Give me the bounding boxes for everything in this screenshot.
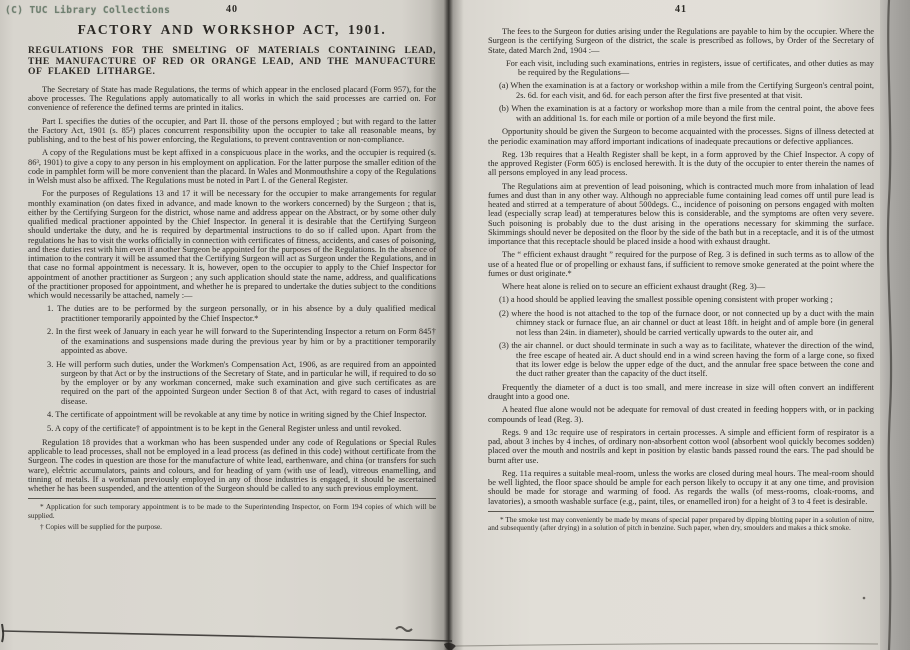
book-scan: 40 FACTORY AND WORKSHOP ACT, 1901. REGUL… [0, 0, 910, 650]
list-item: (a) When the examination is at a factory… [488, 81, 874, 100]
list-item: 5. A copy of the certificate† of appoint… [28, 424, 436, 433]
footnote: * The smoke test may conveniently be mad… [488, 516, 874, 533]
list-item: (3) the air channel. or duct should term… [488, 341, 874, 378]
book-edge [880, 0, 910, 650]
scanned-document: { "scan": { "watermark": "(C) TUC Librar… [0, 0, 910, 650]
paragraph: Reg. 11a requires a suitable meal-room, … [488, 469, 874, 506]
left-page-body: The Secretary of State has made Regulati… [28, 85, 436, 494]
paragraph: Part I. specifies the duties of the occu… [28, 117, 436, 145]
document-title: FACTORY AND WORKSHOP ACT, 1901. [28, 22, 436, 38]
list-item: (1) a hood should be applied leaving the… [488, 295, 874, 304]
paragraph: The Regulations aim at prevention of lea… [488, 182, 874, 247]
footnote: * Application for such temporary appoint… [28, 503, 436, 520]
page-number-right: 41 [488, 0, 874, 15]
paragraph: Regulation 18 provides that a workman wh… [28, 438, 436, 494]
footnote: † Copies will be supplied for the purpos… [28, 523, 436, 532]
paragraph: The Secretary of State has made Regulati… [28, 85, 436, 113]
paragraph: The “ efficient exhaust draught ” requir… [488, 250, 874, 278]
footnote-divider [28, 498, 436, 499]
paragraph: Regs. 9 and 13c require use of respirato… [488, 428, 874, 465]
page-40: 40 FACTORY AND WORKSHOP ACT, 1901. REGUL… [0, 0, 446, 650]
paragraph: Opportunity should be given the Surgeon … [488, 127, 874, 146]
paragraph: For the purposes of Regulations 13 and 1… [28, 189, 436, 300]
list-item: (b) When the examination is at a factory… [488, 104, 874, 123]
list-item: 4. The certificate of appointment will b… [28, 410, 436, 419]
sub-paragraph: For each visit, including such examinati… [488, 59, 874, 78]
page-41: 41 The fees to the Surgeon for duties ar… [446, 0, 880, 650]
paragraph: Where heat alone is relied on to secure … [488, 282, 874, 291]
list-item: 1. The duties are to be performed by the… [28, 304, 436, 323]
paragraph: Reg. 13b requires that a Health Register… [488, 150, 874, 178]
paragraph: A copy of the Regulations must be kept a… [28, 148, 436, 185]
list-item: (2) where the hood is not attached to th… [488, 309, 874, 337]
paragraph: A heated flue alone would not be adequat… [488, 405, 874, 424]
list-item: 2. In the first week of January in each … [28, 327, 436, 355]
library-watermark: (C) TUC Library Collections [5, 5, 170, 16]
footnote-divider [488, 511, 874, 512]
document-subtitle: REGULATIONS FOR THE SMELTING OF MATERIAL… [28, 46, 436, 78]
list-item: 3. He will perform such duties, under th… [28, 360, 436, 406]
right-page-body: The fees to the Surgeon for duties arisi… [488, 27, 874, 506]
paragraph: The fees to the Surgeon for duties arisi… [488, 27, 874, 55]
paragraph: Frequently the diameter of a duct is too… [488, 383, 874, 402]
